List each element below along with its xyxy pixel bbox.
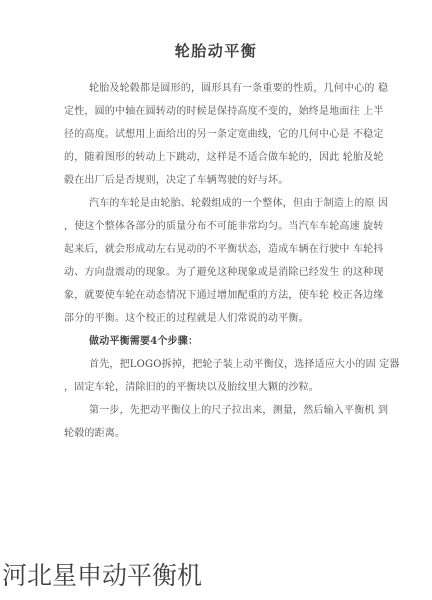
- text-line: 第一步，先把动平衡仪上的尺子拉出来，测量，然后输入平衡机 到: [64, 399, 380, 422]
- text-line: 起来后，就会形成动左右晃动的不平衡状态，造成车辆在行驶中 车轮抖: [64, 238, 380, 261]
- text-line: 轮毂的距离。: [64, 422, 380, 445]
- text-line: 径的高度。试想用上面给出的另一条定宽曲线，它的几何中心是 不稳定: [64, 123, 380, 146]
- text-line: 的，随着图形的转动上下跳动，这样是不适合做车轮的，因此 轮胎及轮: [64, 146, 380, 169]
- text-line: 汽车的车轮是由轮胎、轮毂组成的一个整体，但由于制造上的原 因: [64, 192, 380, 215]
- text-line: 做动平衡需要4个步骤：: [64, 330, 380, 353]
- document-title: 轮胎动平衡: [0, 40, 432, 61]
- paragraph: 汽车的车轮是由轮胎、轮毂组成的一个整体，但由于制造上的原 因，使这个整体各部分的…: [64, 192, 380, 330]
- text-line: 部分的平衡。这个校正的过程就是人们常说的动平衡。: [64, 307, 380, 330]
- text-line: 毂在出厂后是否规则，决定了车辆驾驶的好与坏。: [64, 169, 380, 192]
- text-line: ，使这个整体各部分的质量分布不可能非常均匀。当汽车车轮高速 旋转: [64, 215, 380, 238]
- section-heading: 做动平衡需要4个步骤：: [64, 330, 380, 353]
- paragraph: 首先，把LOGO拆掉，把轮子装上动平衡仪，选择适应大小的固 定器，固定车轮，清除…: [64, 353, 380, 399]
- text-line: 象，就要使车轮在动态情况下通过增加配重的方法，使车轮 校正各边缘: [64, 284, 380, 307]
- text-line: ，固定车轮，清除旧的的平衡块以及胎纹里大颗的沙粒。: [64, 376, 380, 399]
- text-line: 定性，圆的中轴在圆转动的时候是保持高度不变的，始终是地面往 上半: [64, 100, 380, 123]
- document-body: 轮胎及轮毂都是圆形的，圆形具有一条重要的性质，几何中心的 稳定性，圆的中轴在圆转…: [64, 77, 380, 445]
- image-caption: 河北星申动平衡机: [2, 559, 202, 593]
- paragraph: 轮胎及轮毂都是圆形的，圆形具有一条重要的性质，几何中心的 稳定性，圆的中轴在圆转…: [64, 77, 380, 192]
- text-line: 轮胎及轮毂都是圆形的，圆形具有一条重要的性质，几何中心的 稳: [64, 77, 380, 100]
- paragraph: 第一步，先把动平衡仪上的尺子拉出来，测量，然后输入平衡机 到轮毂的距离。: [64, 399, 380, 445]
- text-line: 动、方向盘震动的现象。为了避免这种现象或是消除已经发生 的这种现: [64, 261, 380, 284]
- scanned-document-page: 轮胎动平衡 轮胎及轮毂都是圆形的，圆形具有一条重要的性质，几何中心的 稳定性，圆…: [0, 0, 432, 600]
- text-line: 首先，把LOGO拆掉，把轮子装上动平衡仪，选择适应大小的固 定器: [64, 353, 380, 376]
